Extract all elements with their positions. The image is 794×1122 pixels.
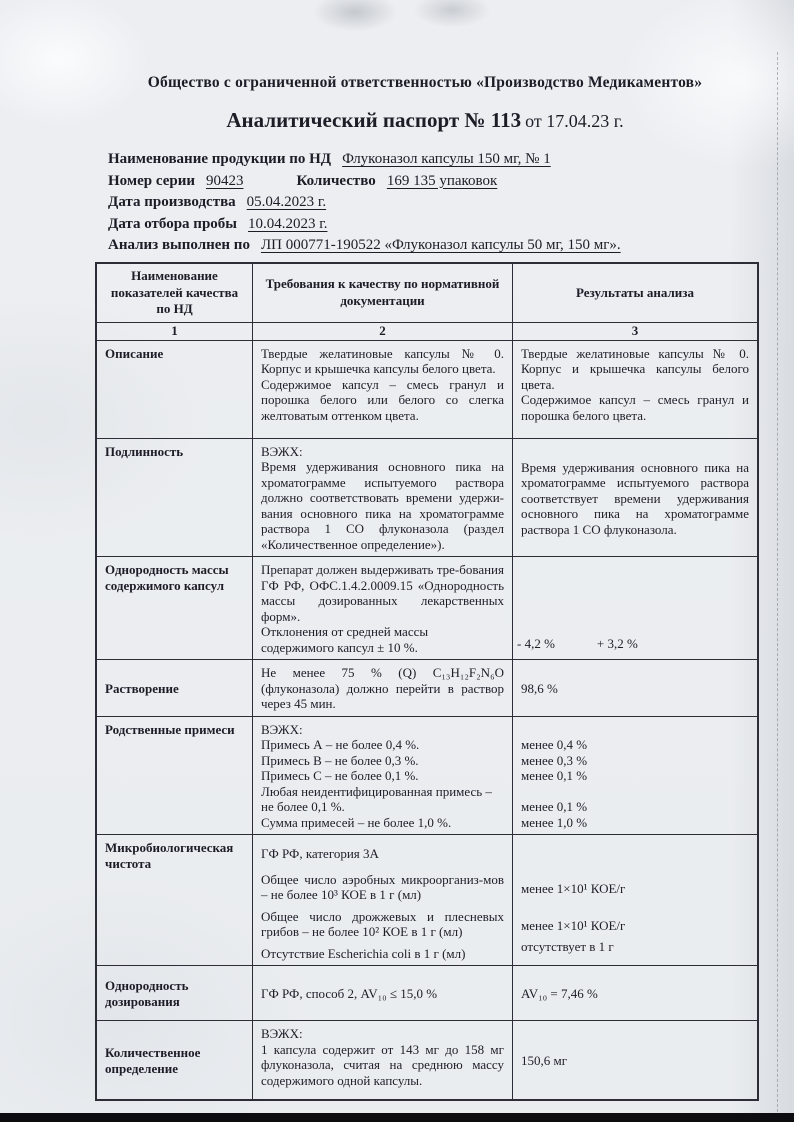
table-header-row: Наименование показателей качества по НД … xyxy=(97,264,757,322)
row-dose-result: AV₁₀ = 7,46 % xyxy=(512,966,757,1020)
field-series-label: Номер серии xyxy=(108,173,195,189)
row-mass-uniformity-requirement: Препарат должен выдерживать тре-бования … xyxy=(252,557,512,659)
mass-deviation-positive: + 3,2 % xyxy=(597,636,638,652)
scanned-document-page: Общество с ограниченной ответственностью… xyxy=(0,0,794,1122)
row-dissolution-requirement: Не менее 75 % (Q) C₁₃H₁₂F₂N₆O (флуконазо… xyxy=(252,660,512,716)
table-row-description: Описание Твердые желатиновые капсулы № 0… xyxy=(97,340,757,438)
field-sampling-date-label: Дата отбора пробы xyxy=(108,216,237,232)
field-production-date-value: 05.04.2023 г. xyxy=(247,194,326,210)
field-product-name-value: Флуконазол капсулы 150 мг, № 1 xyxy=(342,151,551,167)
field-production-date-label: Дата производства xyxy=(108,194,236,210)
col-header-results: Результаты анализа xyxy=(512,264,757,322)
row-mass-uniformity-result: - 4,2 % + 3,2 % xyxy=(512,557,757,659)
field-product-name: Наименование продукции по НДФлуконазол к… xyxy=(108,149,748,171)
row-dose-name: Однородность дозирования xyxy=(97,966,252,1020)
row-identity-name: Подлинность xyxy=(97,439,252,557)
row-micro-requirement: ГФ РФ, категория 3А Общее число аэробных… xyxy=(252,835,512,965)
col-header-indicator: Наименование показателей качества по НД xyxy=(97,264,252,322)
paper-fold-line xyxy=(777,52,778,1112)
document-title-text: Аналитический паспорт № 113 xyxy=(226,108,521,132)
row-description-name: Описание xyxy=(97,341,252,438)
document-title: Аналитический паспорт № 113 от 17.04.23 … xyxy=(95,108,755,133)
field-sampling-date: Дата отбора пробы10.04.2023 г. xyxy=(108,214,748,236)
field-analysis-reference-value: ЛП 000771-190522 «Флуконазол капсулы 50 … xyxy=(261,237,621,253)
col-number-3: 3 xyxy=(512,323,757,340)
row-mass-uniformity-name: Однородность массы содержимого капсул xyxy=(97,557,252,659)
field-analysis-reference: Анализ выполнен поЛП 000771-190522 «Флук… xyxy=(108,235,748,257)
field-quantity-label: Количество xyxy=(296,173,375,189)
row-dissolution-name: Растворение xyxy=(97,660,252,716)
scanner-edge-shadow xyxy=(0,1113,794,1122)
row-identity-result: Время удерживания основного пика на хром… xyxy=(512,439,757,557)
company-name: Общество с ограниченной ответственностью… xyxy=(95,74,755,92)
table-row-assay: Количественное определение ВЭЖХ: 1 капсу… xyxy=(97,1020,757,1099)
row-description-result: Твердые желатиновые капсулы № 0. Корпус … xyxy=(512,341,757,438)
row-description-requirement: Твердые желатиновые капсулы № 0. Корпус … xyxy=(252,341,512,438)
document-fields: Наименование продукции по НДФлуконазол к… xyxy=(108,149,748,257)
row-micro-result: менее 1×10¹ КОЕ/г менее 1×10¹ КОЕ/г отсу… xyxy=(512,835,757,965)
table-row-microbiological-purity: Микробиологическая чистота ГФ РФ, катего… xyxy=(97,834,757,965)
table-row-related-impurities: Родственные примеси ВЭЖХ: Примесь А – не… xyxy=(97,716,757,835)
row-assay-requirement: ВЭЖХ: 1 капсула содержит от 143 мг до 15… xyxy=(252,1021,512,1099)
table-column-numbers-row: 1 2 3 xyxy=(97,322,757,340)
table-row-identity: Подлинность ВЭЖХ: Время удерживания осно… xyxy=(97,438,757,557)
field-sampling-date-value: 10.04.2023 г. xyxy=(248,216,327,232)
row-dissolution-result: 98,6 % xyxy=(512,660,757,716)
row-impurities-result: менее 0,4 % менее 0,3 % менее 0,1 % мене… xyxy=(512,717,757,835)
col-header-requirements: Требования к качеству по нормативной док… xyxy=(252,264,512,322)
row-assay-result: 150,6 мг xyxy=(512,1021,757,1099)
field-product-name-label: Наименование продукции по НД xyxy=(108,151,331,167)
field-quantity-value: 169 135 упаковок xyxy=(387,173,497,189)
mass-deviation-negative: - 4,2 % xyxy=(517,636,555,652)
row-micro-name: Микробиологическая чистота xyxy=(97,835,252,965)
field-analysis-reference-label: Анализ выполнен по xyxy=(108,237,250,253)
field-series-and-quantity: Номер серии90423Количество169 135 упаков… xyxy=(108,171,748,193)
field-production-date: Дата производства05.04.2023 г. xyxy=(108,192,748,214)
table-row-dose-uniformity: Однородность дозирования ГФ РФ, способ 2… xyxy=(97,965,757,1020)
col-number-1: 1 xyxy=(97,323,252,340)
field-series-value: 90423 xyxy=(206,173,244,189)
row-impurities-name: Родственные примеси xyxy=(97,717,252,835)
row-assay-name: Количественное определение xyxy=(97,1021,252,1099)
table-row-dissolution: Растворение Не менее 75 % (Q) C₁₃H₁₂F₂N₆… xyxy=(97,659,757,716)
col-number-2: 2 xyxy=(252,323,512,340)
row-impurities-requirement: ВЭЖХ: Примесь А – не более 0,4 %. Примес… xyxy=(252,717,512,835)
row-dose-requirement: ГФ РФ, способ 2, AV₁₀ ≤ 15,0 % xyxy=(252,966,512,1020)
quality-control-table: Наименование показателей качества по НД … xyxy=(95,262,759,1101)
table-row-mass-uniformity: Однородность массы содержимого капсул Пр… xyxy=(97,556,757,659)
row-identity-requirement: ВЭЖХ: Время удерживания основного пика н… xyxy=(252,439,512,557)
document-title-date: от 17.04.23 г. xyxy=(525,111,623,131)
